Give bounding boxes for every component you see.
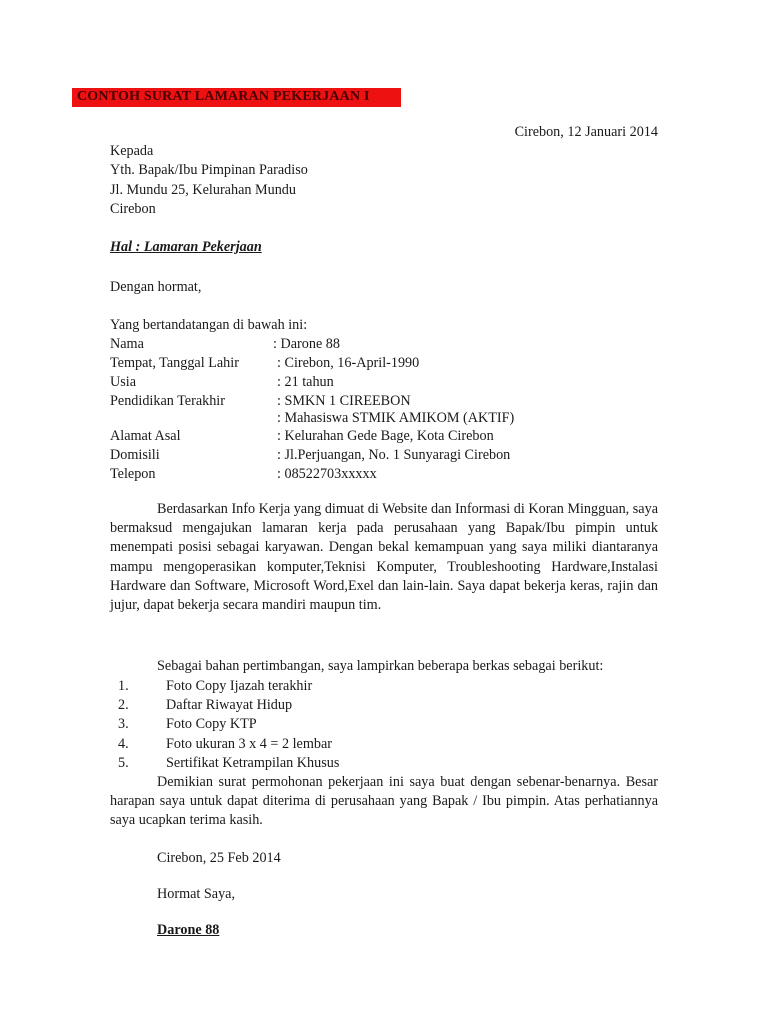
- attachment-number: 2.: [118, 698, 129, 712]
- document-title: CONTOH SURAT LAMARAN PEKERJAAN I: [77, 89, 370, 105]
- attachment-number: 4.: [118, 737, 129, 751]
- field-label: Domisili: [110, 448, 160, 462]
- recipient-line: Cirebon: [110, 202, 156, 216]
- field-label: Tempat, Tanggal Lahir: [110, 356, 239, 370]
- attachment-number: 3.: [118, 717, 129, 731]
- field-value: : SMKN 1 CIREEBON: [277, 394, 411, 408]
- letter-subject: Hal : Lamaran Pekerjaan: [110, 240, 262, 254]
- field-label: Pendidikan Terakhir: [110, 394, 225, 408]
- attachment-item: Daftar Riwayat Hidup: [166, 698, 292, 712]
- recipient-line: Yth. Bapak/Ibu Pimpinan Paradiso: [110, 163, 308, 177]
- signature-name: Darone 88: [157, 923, 219, 937]
- letter-date: Cirebon, 12 Januari 2014: [515, 125, 658, 139]
- attachment-item: Sertifikat Ketrampilan Khusus: [166, 756, 339, 770]
- recipient-line: Jl. Mundu 25, Kelurahan Mundu: [110, 183, 296, 197]
- field-value: : Kelurahan Gede Bage, Kota Cirebon: [277, 429, 494, 443]
- attachment-item: Foto Copy KTP: [166, 717, 257, 731]
- body-paragraph: Berdasarkan Info Kerja yang dimuat di We…: [110, 500, 658, 615]
- field-label: Telepon: [110, 467, 156, 481]
- field-label: Nama: [110, 337, 144, 351]
- signature-greeting: Hormat Saya,: [157, 887, 235, 901]
- intro-line: Yang bertandatangan di bawah ini:: [110, 318, 307, 332]
- attachment-number: 1.: [118, 679, 129, 693]
- field-label: Usia: [110, 375, 136, 389]
- attachment-item: Foto ukuran 3 x 4 = 2 lembar: [166, 737, 332, 751]
- closing-paragraph: Demikian surat permohonan pekerjaan ini …: [110, 773, 658, 831]
- signature-date: Cirebon, 25 Feb 2014: [157, 851, 281, 865]
- salutation: Dengan hormat,: [110, 280, 201, 294]
- attachment-item: Foto Copy Ijazah terakhir: [166, 679, 312, 693]
- recipient-line: Kepada: [110, 144, 153, 158]
- field-label: Alamat Asal: [110, 429, 181, 443]
- field-value: : Mahasiswa STMIK AMIKOM (AKTIF): [277, 411, 514, 425]
- field-value: : 08522703xxxxx: [277, 467, 377, 481]
- field-value: : Jl.Perjuangan, No. 1 Sunyaragi Cirebon: [277, 448, 510, 462]
- field-value: : Darone 88: [273, 337, 340, 351]
- attachments-intro: Sebagai bahan pertimbangan, saya lampirk…: [157, 659, 603, 673]
- field-value: : Cirebon, 16-April-1990: [277, 356, 419, 370]
- attachment-number: 5.: [118, 756, 129, 770]
- field-value: : 21 tahun: [277, 375, 334, 389]
